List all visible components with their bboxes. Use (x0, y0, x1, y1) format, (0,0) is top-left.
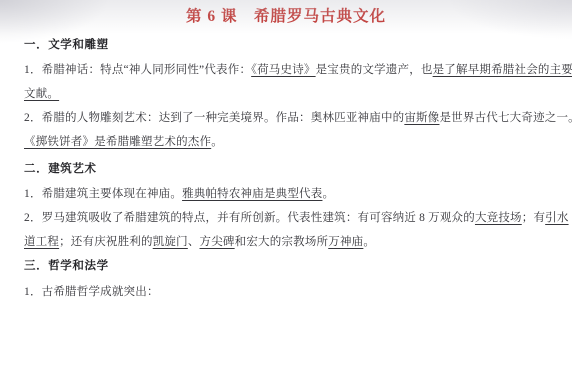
text-run: 2．罗马建筑吸收了希腊建筑的特点，并有所创新。代表性建筑：有可容纳近 8 万观众… (24, 212, 475, 224)
section-heading-literature-sculpture: 一．文学和雕塑 (24, 33, 546, 57)
section-heading-philosophy-law: 三．哲学和法学 (24, 254, 546, 278)
text-run: 1．希腊建筑主要体现在神庙。 (24, 188, 182, 200)
underlined-text: 《掷铁饼者》是希腊雕塑艺术的杰作 (24, 136, 211, 148)
text-run: 二．建筑艺术 (24, 163, 97, 175)
text-run: 三．哲学和法学 (24, 260, 109, 272)
text-run: 是世界古代七大奇迹之一。 (439, 112, 572, 124)
underlined-text: 道工程 (24, 236, 59, 248)
document-body: 一．文学和雕塑 1．希腊神话：特点“神人同形同性”代表作：《荷马史诗》是宝贵的文… (0, 33, 572, 304)
body-line-greek-myth: 1．希腊神话：特点“神人同形同性”代表作：《荷马史诗》是宝贵的文学遗产，也是了解… (24, 58, 546, 82)
underlined-text: 《荷马史诗》 (251, 64, 315, 76)
body-line-roman-architecture-wrap: 道工程；还有庆祝胜利的凯旋门、方尖碑和宏大的宗教场所万神庙。 (24, 230, 546, 254)
underlined-text: 引水 (545, 212, 568, 224)
text-run: 。 (363, 236, 375, 248)
underlined-text: 雅典帕特农神庙是典型代表 (182, 188, 322, 200)
underlined-text: 大竞技场 (475, 212, 522, 224)
text-run: 。 (211, 136, 223, 148)
underlined-text: 凯旋门 (153, 236, 188, 248)
section-heading-architecture: 二．建筑艺术 (24, 157, 546, 181)
text-run: 是宝贵的文学遗产，也 (316, 64, 433, 76)
lesson-title: 第 6 课 希腊罗马古典文化 (0, 0, 572, 28)
body-line-sculpture: 2．希腊的人物雕刻艺术：达到了一种完美境界。作品：奥林匹亚神庙中的宙斯像是世界古… (24, 106, 546, 130)
text-run: 和宏大的宗教场所 (235, 236, 329, 248)
underlined-text: 是了解早期希腊社会的主要 (433, 64, 572, 76)
underlined-text: 方尖碑 (200, 236, 235, 248)
underlined-text: 宙斯像 (404, 112, 439, 124)
body-line-greek-myth-wrap: 文献。 (24, 82, 546, 106)
body-line-greek-philosophy: 1．古希腊哲学成就突出： (24, 280, 546, 304)
text-run: 2．希腊的人物雕刻艺术：达到了一种完美境界。作品：奥林匹亚神庙中的 (24, 112, 404, 124)
underlined-text: 万神庙 (328, 236, 363, 248)
text-run: ；还有庆祝胜利的 (59, 236, 153, 248)
text-run: 一．文学和雕塑 (24, 39, 109, 51)
text-run: 、 (188, 236, 200, 248)
document-page: 第 6 课 希腊罗马古典文化 一．文学和雕塑 1．希腊神话：特点“神人同形同性”… (0, 0, 572, 372)
text-run: 1．希腊神话：特点“神人同形同性”代表作： (24, 64, 251, 76)
body-line-sculpture-wrap: 《掷铁饼者》是希腊雕塑艺术的杰作。 (24, 130, 546, 154)
text-run: 。 (322, 188, 334, 200)
text-run: ；有 (522, 212, 545, 224)
underlined-text: 文献。 (24, 88, 59, 100)
body-line-roman-architecture: 2．罗马建筑吸收了希腊建筑的特点，并有所创新。代表性建筑：有可容纳近 8 万观众… (24, 206, 546, 230)
body-line-greek-architecture: 1．希腊建筑主要体现在神庙。雅典帕特农神庙是典型代表。 (24, 182, 546, 206)
text-run: 1．古希腊哲学成就突出： (24, 286, 159, 298)
